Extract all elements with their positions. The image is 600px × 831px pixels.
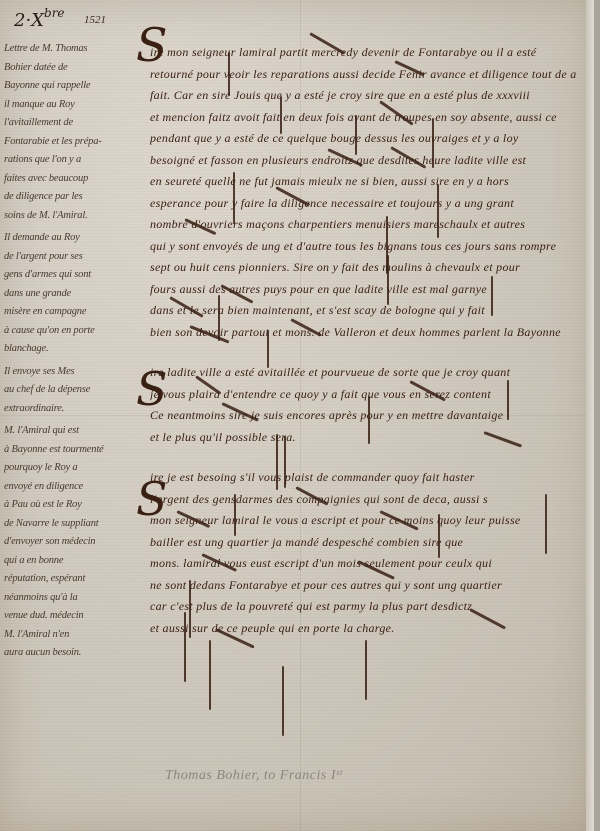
margin-note-line: d'envoyer son médecin [4, 533, 139, 552]
margin-note-line: pourquoy le Roy a [4, 459, 139, 478]
letter-line: retourné pour veoir les reparations auss… [150, 64, 590, 86]
ink-descender [387, 255, 389, 305]
letter-line: qui y sont envoyés de ung et d'autre tou… [150, 236, 590, 258]
letter-line: fait. Car en sire Jouis que y a esté je … [150, 85, 590, 107]
letter-line: sept ou huit cens pionniers. Sire on y f… [150, 257, 590, 279]
margin-note-line: de Navarre le suppliant [4, 515, 139, 534]
ink-descender [437, 184, 439, 238]
ink-descender [218, 295, 220, 341]
ink-descender [438, 514, 440, 558]
letter-line: bien son devoir partout et mons. de Vall… [150, 322, 590, 344]
manuscript-page: 2·Xbre 1521 Lettre de M. ThomasBohier da… [0, 0, 594, 831]
letter-line: dans et le sera bien maintenant, et s'es… [150, 300, 590, 322]
letter-line: fours aussi des autres puys pour en que … [150, 279, 590, 301]
letter-line: ire mon seigneur lamiral partit mercredy… [150, 42, 590, 64]
margin-note-line: de diligence par les [4, 188, 139, 207]
letter-line: car c'est plus de la pouvreté qui est pa… [150, 596, 590, 618]
ink-descender [545, 494, 547, 554]
date-month-sup: bre [44, 6, 65, 20]
letter-line: ne sont dedans Fontarabye et pour ces au… [150, 575, 590, 597]
margin-note-line: Lettre de M. Thomas [4, 40, 139, 59]
margin-note-line: Il envoye ses Mes [4, 363, 139, 382]
ink-descender [491, 276, 493, 316]
ink-descender [276, 434, 278, 490]
margin-note-line: Il demande au Roy [4, 229, 139, 248]
paragraph-gap [150, 448, 590, 467]
ink-descender [234, 494, 236, 536]
margin-note-line: envoyé en diligence [4, 478, 139, 497]
margin-note-line: dans une grande [4, 285, 139, 304]
letter-line: je vous plaira d'entendre ce quoy y a fa… [150, 384, 590, 406]
margin-note-line: il manque au Roy [4, 96, 139, 115]
margin-notes: Lettre de M. ThomasBohier datée deBayonn… [4, 40, 139, 663]
margin-note-line: Fontarabie et les prépa- [4, 133, 139, 152]
margin-note-line: misère en campagne [4, 303, 139, 322]
letter-line: bailler est ung quartier ja mandé despes… [150, 532, 590, 554]
letter-line: ire je est besoing s'il vous plaist de c… [150, 467, 590, 489]
ink-descender [189, 580, 191, 638]
letter-line: en seureté quelle ne fut jamais mieulx n… [150, 171, 590, 193]
ink-descender [280, 96, 282, 134]
ink-descender [355, 115, 357, 155]
letter-line: et le plus qu'il possible sera. [150, 427, 590, 449]
margin-note-line: blanchage. [4, 340, 139, 359]
date-header: 2·Xbre [14, 6, 65, 31]
ink-descender [368, 396, 370, 444]
margin-note-line: à cause qu'on en porte [4, 322, 139, 341]
margin-note-line: faites avec beaucoup [4, 170, 139, 189]
letter-line: Ce neantmoins sire je suis encores après… [150, 405, 590, 427]
ink-descender [228, 52, 230, 96]
letter-line: ire ladite ville a esté avitaillée et po… [150, 362, 590, 384]
margin-note-line: venue dud. médecin [4, 607, 139, 626]
margin-note-line: gens d'armes qui sont [4, 266, 139, 285]
ink-descender [507, 380, 509, 420]
ink-descender [284, 436, 286, 488]
ink-descender [267, 330, 269, 368]
margin-note-line: M. l'Amiral qui est [4, 422, 139, 441]
margin-note-line: de l'argent pour ses [4, 248, 139, 267]
date-month: X [31, 10, 44, 31]
margin-note-line: qui a en bonne [4, 552, 139, 571]
margin-note-line: Bayonne qui rappelle [4, 77, 139, 96]
ink-descender [432, 118, 434, 168]
margin-note-line: rations que l'on y a [4, 151, 139, 170]
margin-note-line: extraordinaire. [4, 400, 139, 419]
letter-line: esperance pour y faire la diligence nece… [150, 193, 590, 215]
letter-body: ire mon seigneur lamiral partit mercredy… [150, 42, 590, 639]
letter-line: pendant que y a esté de ce quelque bouge… [150, 128, 590, 150]
ink-descender [282, 666, 284, 736]
margin-note-line: M. l'Amiral n'en [4, 626, 139, 645]
ink-descender [233, 172, 235, 224]
margin-note-line: Bohier datée de [4, 59, 139, 78]
letter-line: besoigné et fasson en plusieurs endroitz… [150, 150, 590, 172]
margin-note-line: soins de M. l'Amiral. [4, 207, 139, 226]
letter-line: mon seigneur lamiral le vous a escript e… [150, 510, 590, 532]
ink-descender [209, 640, 211, 710]
ink-descender [184, 612, 186, 682]
margin-note-line: aura aucun besoin. [4, 644, 139, 663]
margin-note-line: réputation, espérant [4, 570, 139, 589]
ink-descender [365, 640, 367, 700]
pencil-annotation: Thomas Bohier, to Francis Iˢᵗ [165, 768, 342, 784]
margin-note-line: à Pau où est le Roy [4, 496, 139, 515]
margin-note-line: l'avitaillement de [4, 114, 139, 133]
paragraph-gap [150, 343, 590, 362]
margin-note-line: néanmoins qu'à la [4, 589, 139, 608]
letter-line: mons. lamiral vous eust escript d'un moi… [150, 553, 590, 575]
letter-line: et mencion faitz avoit fait en deux fois… [150, 107, 590, 129]
margin-note-line: à Bayonne est tourmenté [4, 441, 139, 460]
date-day: 2 [14, 10, 25, 31]
letter-line: l'argent des gensdarmes des compaignies … [150, 489, 590, 511]
date-year: 1521 [84, 14, 106, 26]
margin-note-line: au chef de la dépense [4, 381, 139, 400]
